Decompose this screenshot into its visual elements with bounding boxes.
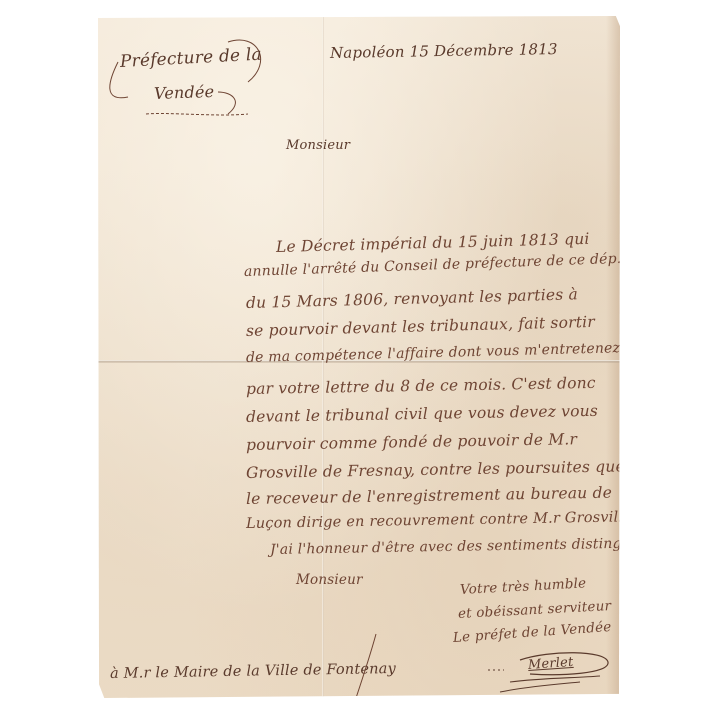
letter-paper: Préfecture de la Vendée Napoléon 15 Déce… [98, 16, 620, 698]
body-line-12: J'ai l'honneur d'être avec des sentiment… [270, 535, 652, 558]
body-line-6: par votre lettre du 8 de ce mois. C'est … [246, 374, 596, 398]
body-line-11: Luçon dirige en recouvrement contre M.r … [246, 509, 637, 532]
closing-salutation: Monsieur [296, 572, 363, 588]
closing-line-3: Le préfet de la Vendée [452, 619, 612, 646]
recipient-flourish-icon [348, 632, 388, 702]
body-line-10: le receveur de l'enregistrement au burea… [246, 484, 612, 508]
document-view: Préfecture de la Vendée Napoléon 15 Déce… [0, 0, 720, 720]
salutation: Monsieur [286, 138, 350, 153]
sender-office-line2: Vendée [154, 82, 215, 103]
body-line-8: pourvoir comme fondé de pouvoir de M.r [246, 430, 577, 454]
closing-line-2: et obéissant serviteur [458, 598, 612, 622]
signature-flourish-icon [480, 648, 620, 698]
sender-flourish-icon [98, 22, 278, 132]
sender-office-block: Préfecture de la Vendée [102, 26, 272, 126]
closing-line-1: Votre très humble [460, 575, 587, 598]
place-date: Napoléon 15 Décembre 1813 [330, 40, 558, 62]
body-line-4: se pourvoir devant les tribunaux, fait s… [246, 313, 595, 340]
body-line-9: Grosville de Fresnay, contre les poursui… [246, 457, 625, 482]
body-line-7: devant le tribunal civil que vous devez … [246, 402, 598, 426]
body-line-3: du 15 Mars 1806, renvoyant les parties à [246, 285, 578, 312]
